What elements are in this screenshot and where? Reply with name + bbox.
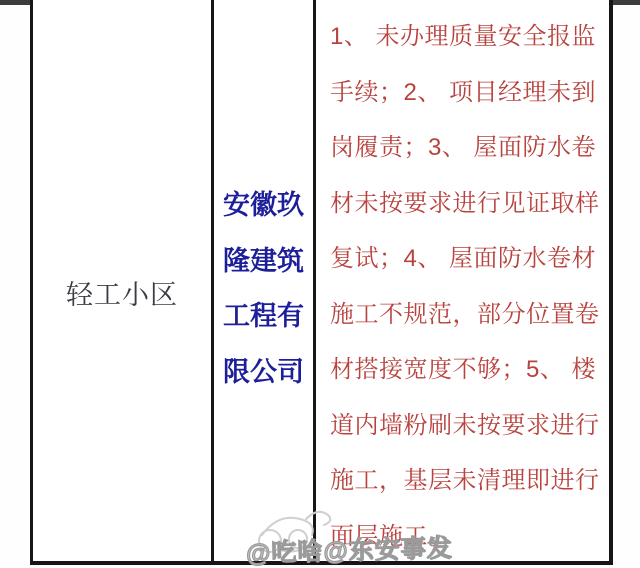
issue-line: 施工，基层未清理即进行	[330, 453, 605, 509]
inspection-table: 轻工小区 安徽玖 隆建筑 工程有 限公司 1、 未办理质量安全报监 手续；2、 …	[30, 0, 613, 565]
watermark-text: @吃啥@东安事发	[246, 528, 454, 568]
issue-line: 复试；4、 屋面防水卷材	[330, 231, 605, 287]
issue-line: 1、 未办理质量安全报监	[330, 9, 605, 65]
issue-line: 岗履责；3、 屋面防水卷	[330, 120, 605, 176]
issue-line: 道内墙粉刷未按要求进行	[330, 398, 605, 454]
issue-line: 材搭接宽度不够；5、 楼	[330, 342, 605, 398]
issues-text: 1、 未办理质量安全报监 手续；2、 项目经理未到 岗履责；3、 屋面防水卷 材…	[330, 9, 605, 561]
contractor-line: 工程有	[214, 289, 313, 345]
contractor-line: 限公司	[214, 345, 313, 401]
issue-line: 材未按要求进行见证取样	[330, 176, 605, 232]
issue-line: 施工不规范，部分位置卷	[330, 287, 605, 343]
contractor-name: 安徽玖 隆建筑 工程有 限公司	[214, 178, 313, 400]
page: 轻工小区 安徽玖 隆建筑 工程有 限公司 1、 未办理质量安全报监 手续；2、 …	[0, 0, 640, 568]
contractor-line: 隆建筑	[214, 234, 313, 290]
contractor-line: 安徽玖	[214, 178, 313, 234]
issues-cell: 1、 未办理质量安全报监 手续；2、 项目经理未到 岗履责；3、 屋面防水卷 材…	[316, 0, 609, 561]
project-cell: 轻工小区	[33, 0, 211, 561]
contractor-cell: 安徽玖 隆建筑 工程有 限公司	[214, 0, 313, 561]
project-name: 轻工小区	[33, 273, 211, 312]
issue-line: 手续；2、 项目经理未到	[330, 65, 605, 121]
